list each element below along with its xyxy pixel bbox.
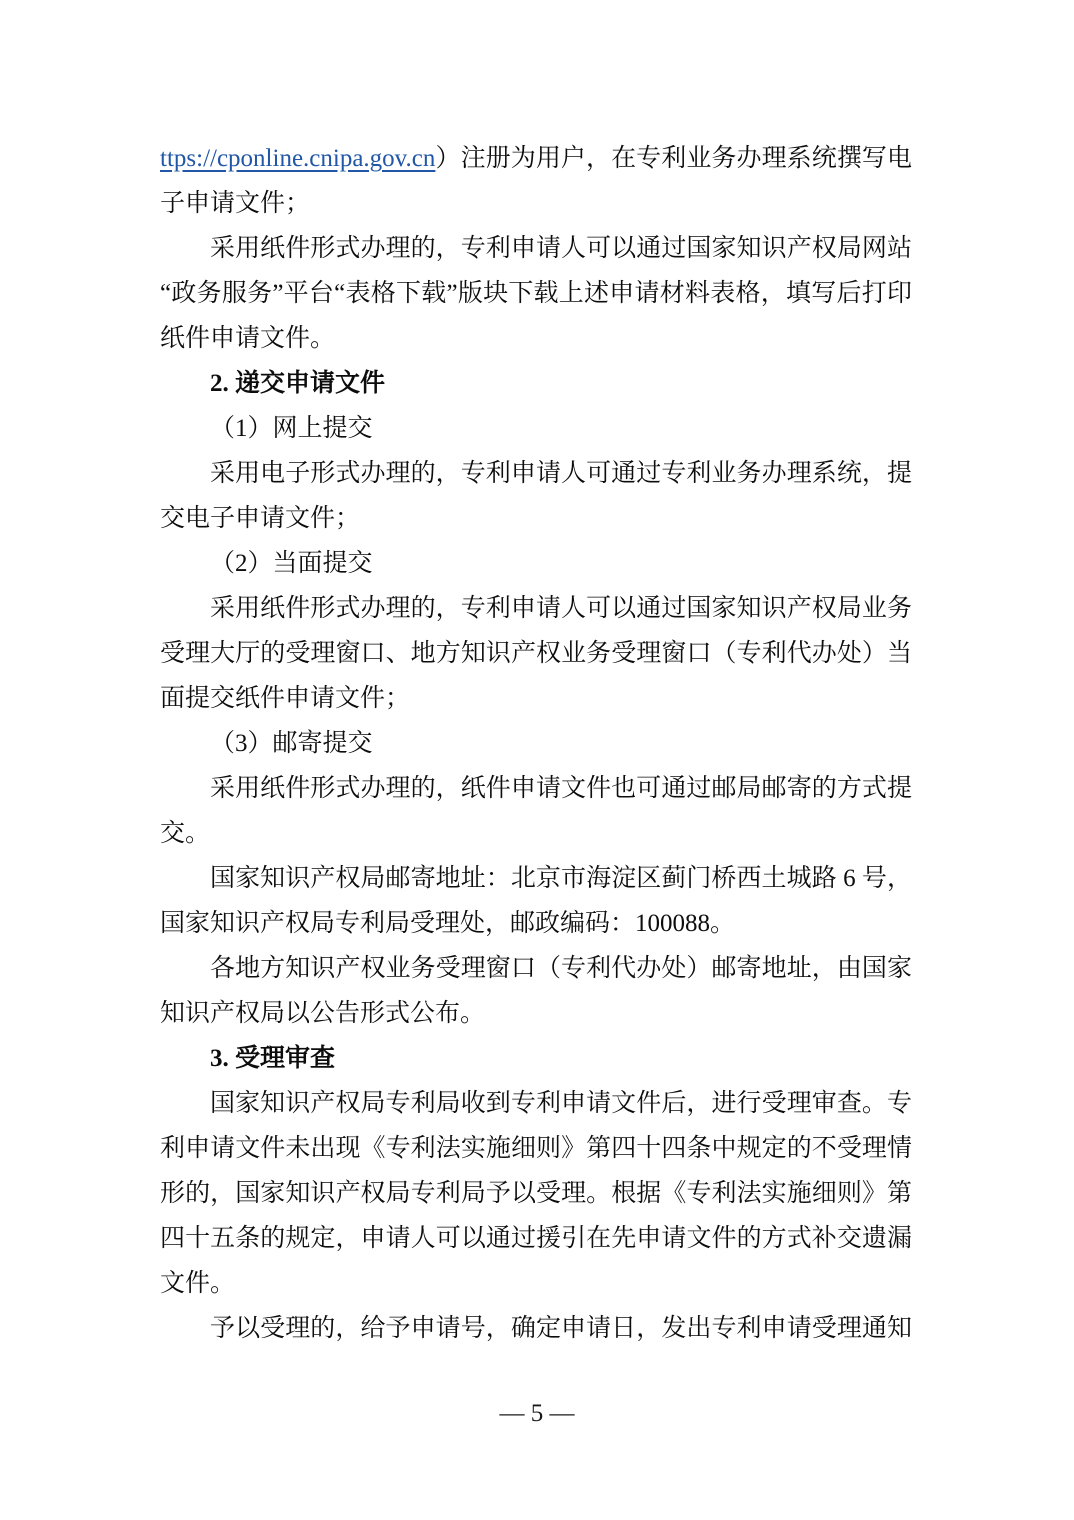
text-line: 形的，国家知识产权局专利局予以受理。根据《专利法实施细则》第 [160,1171,912,1216]
text-line: 利申请文件未出现《专利法实施细则》第四十四条中规定的不受理情 [160,1126,912,1171]
text-line-mailing-address: 国家知识产权局邮寄地址：北京市海淀区蓟门桥西土城路 6 号， [160,856,912,901]
subsection-label-in-person-submit: （2）当面提交 [160,541,912,586]
text-line: 采用纸件形式办理的，纸件申请文件也可通过邮局邮寄的方式提 [160,766,912,811]
text-line: 面提交纸件申请文件； [160,676,912,721]
text-line: 予以受理的，给予申请号，确定申请日，发出专利申请受理通知 [160,1306,912,1351]
text-line: 受理大厅的受理窗口、地方知识产权业务受理窗口（专利代办处）当 [160,631,912,676]
text-line: 各地方知识产权业务受理窗口（专利代办处）邮寄地址，由国家 [160,946,912,991]
text-line-postal-code: 国家知识产权局专利局受理处，邮政编码：100088。 [160,901,912,946]
text-line: 子申请文件； [160,181,912,226]
text-line: 交电子申请文件； [160,496,912,541]
text-line: 交。 [160,811,912,856]
page-content: ttps://cponline.cnipa.gov.cn）注册为用户，在专利业务… [160,136,912,1351]
subsection-label-online-submit: （1）网上提交 [160,406,912,451]
text-line: 采用电子形式办理的，专利申请人可通过专利业务办理系统，提 [160,451,912,496]
text-line: “政务服务”平台“表格下载”版块下载上述申请材料表格，填写后打印 [160,271,912,316]
section-heading-submit-documents: 2. 递交申请文件 [160,361,912,406]
text-line: 知识产权局以公告形式公布。 [160,991,912,1036]
cnipa-online-link[interactable]: ttps://cponline.cnipa.gov.cn [160,145,435,172]
text-line: 采用纸件形式办理的，专利申请人可以通过国家知识产权局业务 [160,586,912,631]
document-page: ttps://cponline.cnipa.gov.cn）注册为用户，在专利业务… [0,0,1074,1520]
text-after-link: ）注册为用户，在专利业务办理系统撰写电 [435,145,912,172]
subsection-label-mail-submit: （3）邮寄提交 [160,721,912,766]
text-line: 四十五条的规定，申请人可以通过援引在先申请文件的方式补交遗漏 [160,1216,912,1261]
text-line: 文件。 [160,1261,912,1306]
text-line: 国家知识产权局专利局收到专利申请文件后，进行受理审查。专 [160,1081,912,1126]
text-line: 纸件申请文件。 [160,316,912,361]
page-number: — 5 — [0,1396,1074,1432]
text-line: ttps://cponline.cnipa.gov.cn）注册为用户，在专利业务… [160,136,912,181]
section-heading-acceptance-review: 3. 受理审查 [160,1036,912,1081]
text-line: 采用纸件形式办理的，专利申请人可以通过国家知识产权局网站 [160,226,912,271]
